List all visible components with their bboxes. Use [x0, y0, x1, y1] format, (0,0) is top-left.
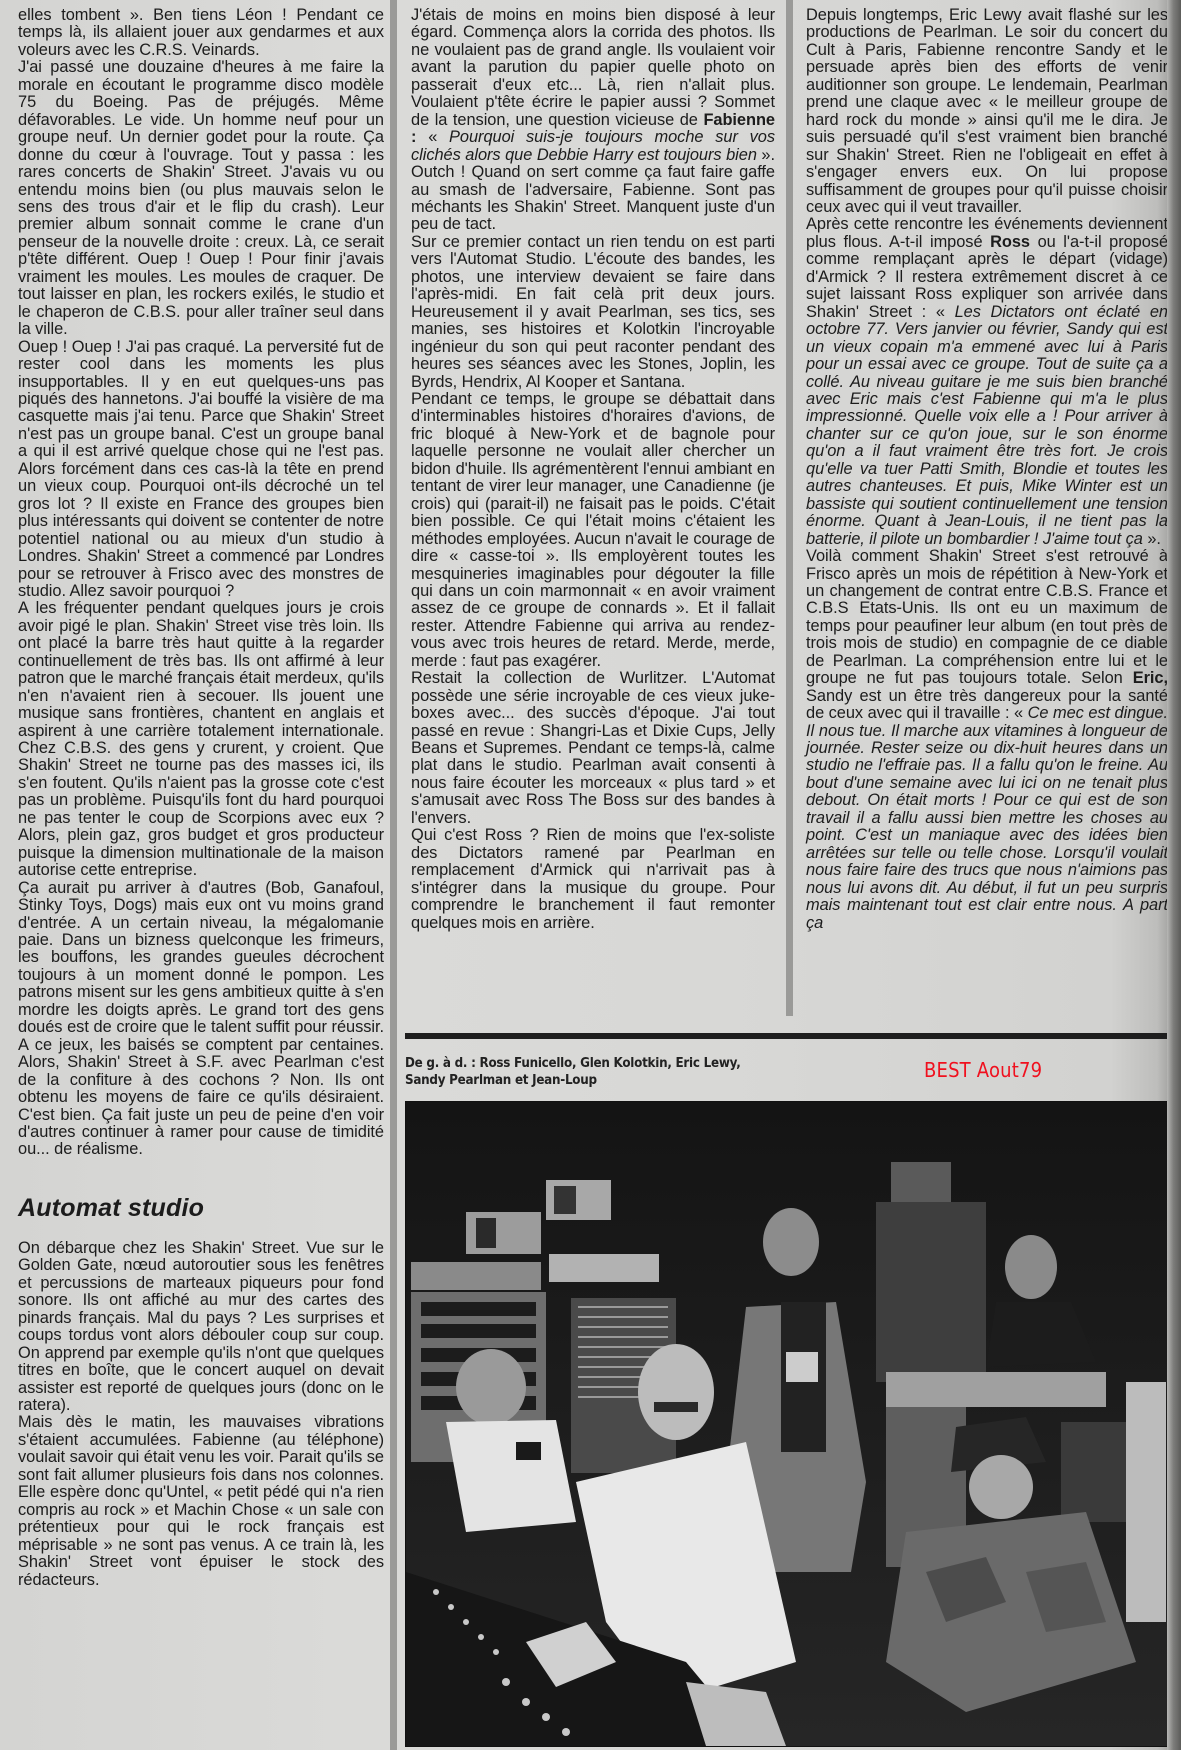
caption-line: De g. à d. : Ross Funicello, Glen Kolotk…	[405, 1055, 775, 1072]
paragraph: Ça aurait pu arriver à d'autres (Bob, Ga…	[18, 880, 384, 1159]
paragraph: Ouep ! Ouep ! J'ai pas craqué. La perver…	[18, 339, 384, 601]
source-stamp: BEST Aout79	[924, 1058, 1042, 1082]
caption-line: Sandy Pearlman et Jean-Loup	[405, 1072, 775, 1089]
quote: Les Dictators ont éclaté en octobre 77. …	[806, 303, 1168, 548]
bold-name: Ross	[990, 233, 1030, 251]
paragraph: Restait la collection de Wurlitzer. L'Au…	[411, 670, 775, 827]
studio-photo	[405, 1101, 1171, 1747]
photo-caption: De g. à d. : Ross Funicello, Glen Kolotk…	[405, 1055, 775, 1089]
magazine-page: elles tombent ». Ben tiens Léon ! Pendan…	[0, 0, 1181, 1750]
paragraph: Pendant ce temps, le groupe se débattait…	[411, 391, 775, 670]
article-column-right: Depuis longtemps, Eric Lewy avait flashé…	[806, 7, 1168, 932]
paragraph: On débarque chez les Shakin' Street. Vue…	[18, 1240, 384, 1415]
article-column-middle: J'étais de moins en moins bien disposé à…	[411, 7, 775, 932]
paragraph: Sur ce premier contact un rien tendu on …	[411, 234, 775, 391]
quote: Ce mec est dingue. Il nous tue. Il march…	[806, 704, 1168, 931]
column-divider	[390, 0, 397, 1750]
column-divider	[786, 0, 793, 1016]
photo-illustration	[406, 1102, 1170, 1746]
page-binding-edge	[1167, 0, 1181, 1750]
paragraph: elles tombent ». Ben tiens Léon ! Pendan…	[18, 7, 384, 59]
horizontal-rule	[405, 1033, 1168, 1039]
quote: Pourquoi suis-je toujours moche sur vos …	[411, 128, 775, 163]
paragraph: Après cette rencontre les événements dev…	[806, 216, 1168, 548]
paragraph: J'étais de moins en moins bien disposé à…	[411, 7, 775, 234]
paragraph: Qui c'est Ross ? Rien de moins que l'ex-…	[411, 827, 775, 932]
paragraph: Voilà comment Shakin' Street s'est retro…	[806, 548, 1168, 932]
paragraph: A les fréquenter pendant quelques jours …	[18, 600, 384, 879]
section-heading: Automat studio	[18, 1193, 384, 1223]
paragraph: J'ai passé une douzaine d'heures à me fa…	[18, 59, 384, 338]
paragraph: Depuis longtemps, Eric Lewy avait flashé…	[806, 7, 1168, 216]
bold-name: Eric,	[1133, 669, 1168, 687]
article-column-left: elles tombent ». Ben tiens Léon ! Pendan…	[18, 7, 384, 1589]
paragraph: Mais dès le matin, les mauvaises vibrati…	[18, 1414, 384, 1589]
